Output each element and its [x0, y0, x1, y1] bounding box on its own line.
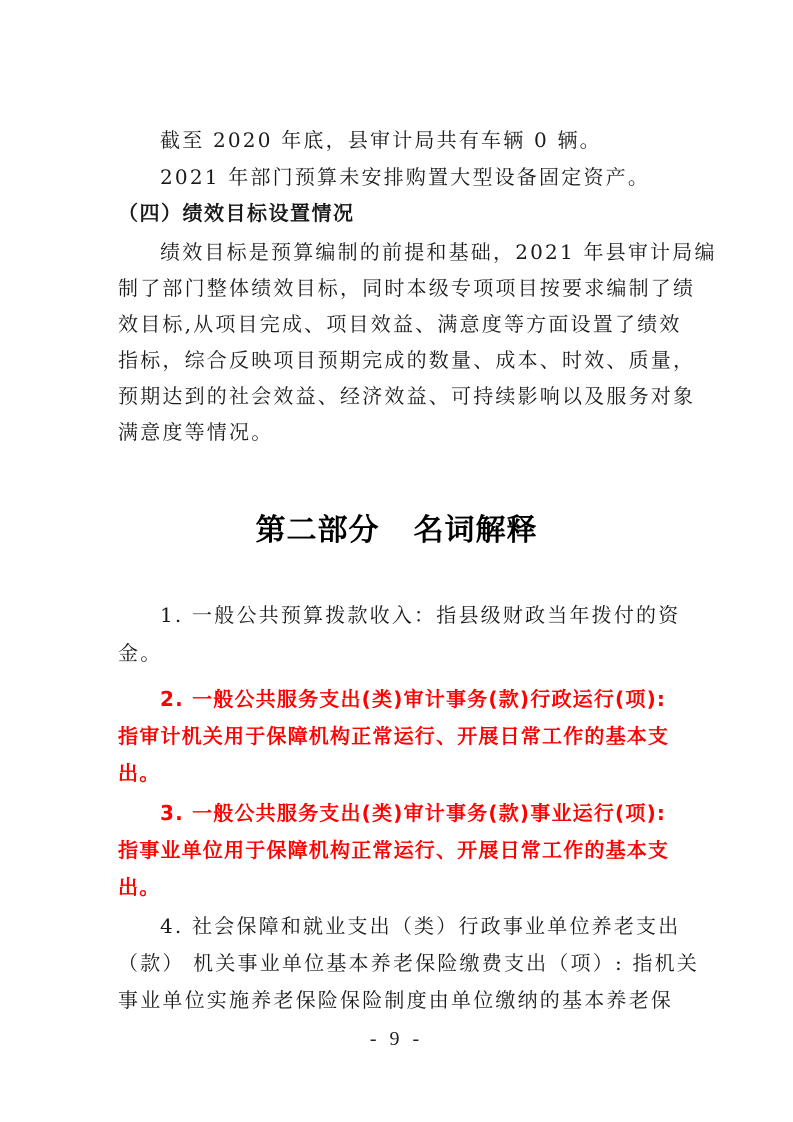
term-4-line-3: 事业单位实施养老保险保险制度由单位缴纳的基本养老保 — [118, 988, 678, 1012]
term-1-line-1: 1. 一般公共预算拨款收入：指县级财政当年拨付的资 — [160, 603, 680, 627]
part-title-number: 第二部分 — [256, 513, 380, 548]
term-2-line-1: 2. 一般公共服务支出(类)审计事务(款)行政运行(项): — [160, 687, 680, 711]
term-2-line-2: 指审计机关用于保障机构正常运行、开展日常工作的基本支 — [118, 724, 678, 748]
part-title-name: 名词解释 — [414, 513, 538, 548]
term-3-line-1: 3. 一般公共服务支出(类)审计事务(款)事业运行(项): — [160, 801, 680, 825]
term-2-line-3: 出。 — [118, 761, 678, 785]
term-4-line-2: （款） 机关事业单位基本养老保险缴费支出（项）: 指机关 — [118, 951, 678, 975]
term-4-line-1: 4. 社会保障和就业支出（类）行政事业单位养老支出 — [160, 914, 680, 938]
term-3-line-2: 指事业单位用于保障机构正常运行、开展日常工作的基本支 — [118, 838, 678, 862]
paragraph-equipment: 2021 年部门预算未安排购置大型设备固定资产。 — [160, 165, 680, 189]
performance-line-2: 制了部门整体绩效目标，同时本级专项项目按要求编制了绩 — [118, 276, 678, 300]
performance-line-5: 预期达到的社会效益、经济效益、可持续影响以及服务对象 — [118, 384, 678, 408]
term-3-line-3: 出。 — [118, 875, 678, 899]
subheading-performance-goals: （四）绩效目标设置情况 — [118, 201, 678, 225]
performance-line-4: 指标，综合反映项目预期完成的数量、成本、时效、质量， — [118, 348, 678, 372]
performance-line-3: 效目标,从项目完成、项目效益、满意度等方面设置了绩效 — [118, 312, 678, 336]
part-title: 第二部分名词解释 — [0, 513, 793, 549]
term-1-line-2: 金。 — [118, 641, 678, 665]
page-number: - 9 - — [0, 1027, 793, 1051]
performance-line-6: 满意度等情况。 — [118, 420, 678, 444]
performance-line-1: 绩效目标是预算编制的前提和基础，2021 年县审计局编 — [160, 240, 680, 264]
paragraph-vehicles: 截至 2020 年底，县审计局共有车辆 0 辆。 — [160, 128, 680, 152]
document-page: 截至 2020 年底，县审计局共有车辆 0 辆。 2021 年部门预算未安排购置… — [0, 0, 793, 1122]
